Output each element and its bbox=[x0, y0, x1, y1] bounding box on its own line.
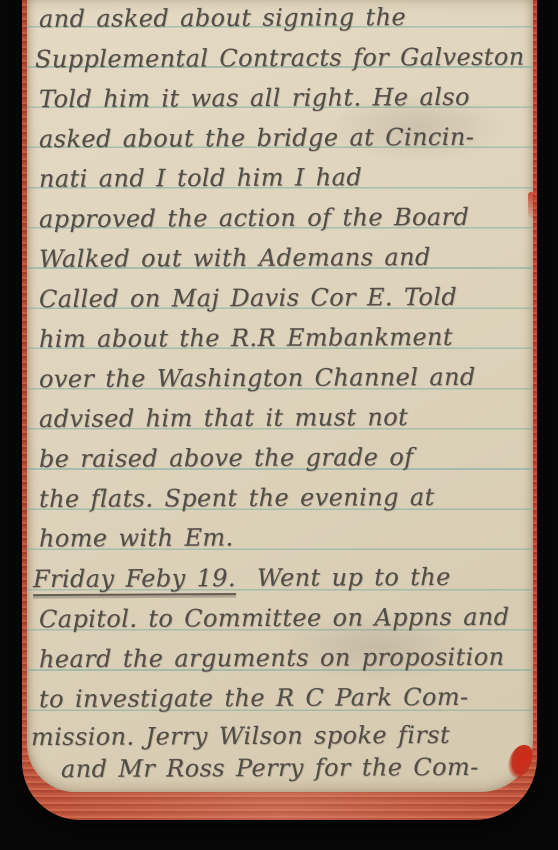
handwriting-line: him about the R.R Embankment bbox=[39, 319, 453, 359]
handwriting-line: heard the arguments on proposition bbox=[39, 639, 505, 679]
handwriting-line: and asked about signing the bbox=[39, 0, 406, 39]
handwriting-line: advised him that it must not bbox=[39, 399, 408, 439]
handwriting-layer: and asked about signing the Supplemental… bbox=[27, 0, 533, 792]
handwriting-line: asked about the bridge at Cincin- bbox=[39, 119, 474, 159]
handwriting-line: be raised above the grade of bbox=[39, 439, 414, 479]
handwriting-line: over the Washington Channel and bbox=[39, 359, 476, 399]
handwriting-line: Walked out with Ademans and bbox=[39, 239, 431, 279]
red-edge-mark bbox=[528, 192, 534, 218]
photo-background: and asked about signing the Supplemental… bbox=[0, 0, 558, 850]
handwriting-line: and Mr Ross Perry for the Com- bbox=[61, 749, 479, 789]
handwriting-line: the flats. Spent the evening at bbox=[39, 479, 435, 519]
handwriting-line: Supplemental Contracts for Galveston bbox=[35, 39, 525, 80]
handwriting-line-date: Friday Feby 19. Went up to the bbox=[33, 559, 451, 599]
handwriting-line: Told him it was all right. He also bbox=[39, 79, 470, 119]
date-line-continuation: Went up to the bbox=[257, 563, 451, 592]
notebook-page: and asked about signing the Supplemental… bbox=[27, 0, 533, 792]
handwriting-line: Capitol. to Committee on Appns and bbox=[39, 599, 510, 639]
handwriting-line: Called on Maj Davis Cor E. Told bbox=[39, 279, 457, 319]
handwriting-line: approved the action of the Board bbox=[39, 199, 469, 239]
handwriting-line: to investigate the R C Park Com- bbox=[39, 679, 469, 719]
handwriting-line: nati and I told him I had bbox=[39, 159, 362, 199]
handwriting-line: home with Em. bbox=[39, 519, 234, 558]
date-heading: Friday Feby 19. bbox=[33, 564, 236, 596]
